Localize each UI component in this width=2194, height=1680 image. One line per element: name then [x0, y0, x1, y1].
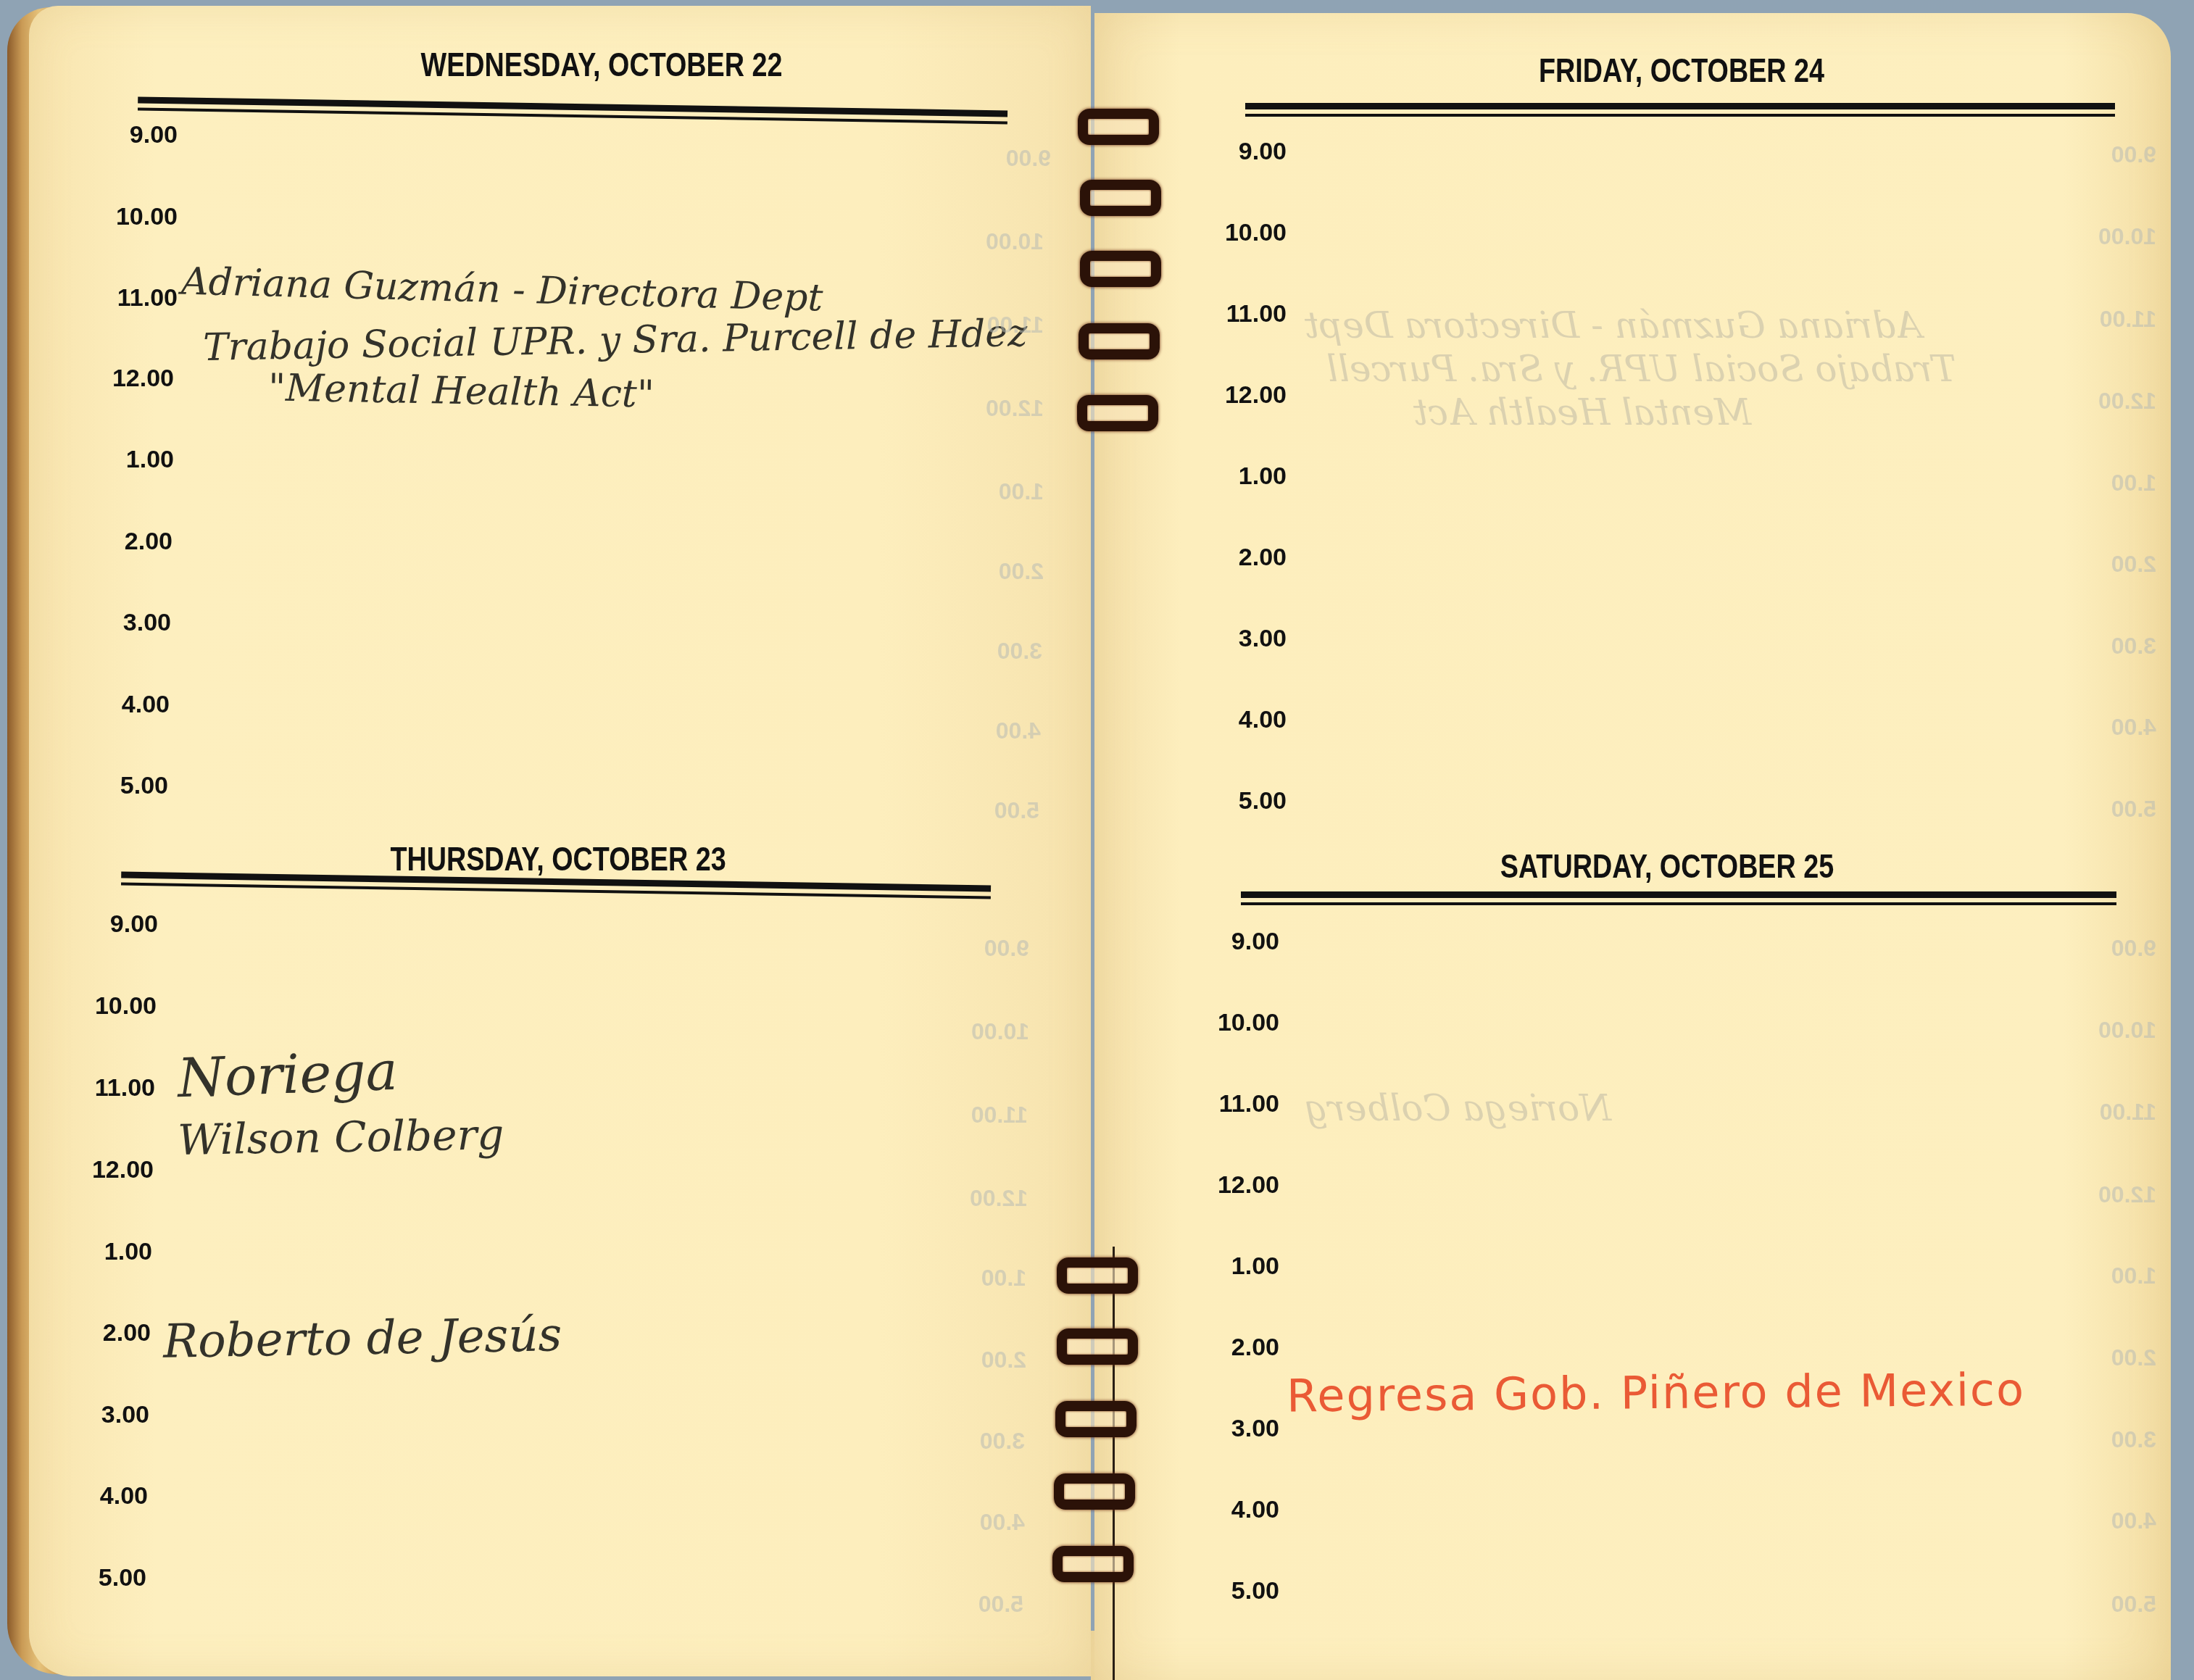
day-header-wednesday: WEDNESDAY, OCTOBER 22 — [304, 45, 899, 84]
spiral-coil — [1057, 1257, 1138, 1294]
time-label: 1.00 — [1178, 462, 1287, 491]
time-label: 2.00 — [42, 1319, 151, 1347]
time-label: 12.00 — [1178, 381, 1287, 409]
bleed-through-time: 12.00 — [2069, 388, 2156, 415]
time-label: 5.00 — [1178, 787, 1287, 815]
bleed-through-time: 9.00 — [942, 935, 1029, 962]
time-label: 3.00 — [41, 1401, 149, 1429]
time-label: 9.00 — [1171, 928, 1279, 956]
handwritten-entry: Wilson Colberg — [177, 1110, 504, 1165]
bleed-through-time: 3.00 — [938, 1428, 1025, 1455]
bleed-through-time: 11.00 — [957, 312, 1044, 338]
time-label: 1.00 — [65, 446, 174, 474]
spiral-coil — [1079, 323, 1160, 359]
bleed-through-time: 5.00 — [952, 797, 1039, 824]
spiral-coil — [1077, 395, 1158, 431]
bleed-through-handwriting: Trabajo Social UPR. y Sra. Purcell — [1326, 348, 1956, 390]
time-label: 11.00 — [1178, 300, 1287, 328]
bleed-through-time: 10.00 — [942, 1018, 1029, 1045]
time-label: 11.00 — [1171, 1090, 1279, 1118]
time-label: 12.00 — [1171, 1171, 1279, 1199]
time-label: 12.00 — [45, 1156, 154, 1184]
spiral-coil — [1080, 251, 1161, 287]
bleed-through-time: 9.00 — [964, 145, 1051, 172]
bleed-through-time: 2.00 — [957, 558, 1044, 585]
header-rule — [1245, 103, 2115, 122]
bleed-through-time: 11.00 — [941, 1102, 1028, 1128]
handwritten-entry: "Mental Health Act" — [268, 366, 655, 416]
time-label: 5.00 — [1171, 1577, 1279, 1605]
time-label: 9.00 — [49, 910, 158, 939]
time-label: 10.00 — [48, 992, 157, 1020]
day-header-saturday: SATURDAY, OCTOBER 25 — [1370, 847, 1964, 886]
bleed-through-time: 4.00 — [2069, 714, 2156, 741]
spiral-coil — [1052, 1546, 1134, 1582]
bleed-through-time: 1.00 — [2069, 470, 2156, 496]
bleed-through-handwriting: Adriana Guzmán - Directora Dept — [1305, 304, 1921, 346]
time-label: 10.00 — [69, 203, 178, 231]
gutter-edge — [1113, 1247, 1115, 1680]
day-header-friday: FRIDAY, OCTOBER 24 — [1384, 51, 1979, 90]
bleed-through-time: 1.00 — [957, 478, 1044, 505]
bleed-through-time: 3.00 — [2069, 633, 2156, 660]
time-label: 3.00 — [1178, 625, 1287, 653]
spiral-coil — [1057, 1328, 1138, 1365]
bleed-through-time: 3.00 — [2069, 1426, 2156, 1453]
time-label: 1.00 — [43, 1238, 152, 1266]
time-label: 2.00 — [64, 528, 173, 556]
bleed-through-handwriting: Noriega Colberg — [1305, 1087, 1611, 1129]
time-label: 11.00 — [46, 1074, 155, 1102]
bleed-through-time: 10.00 — [2069, 1017, 2156, 1044]
bleed-through-time: 5.00 — [2069, 796, 2156, 823]
time-label: 9.00 — [69, 121, 178, 149]
bleed-through-time: 2.00 — [939, 1347, 1026, 1373]
spiral-coil — [1055, 1401, 1137, 1437]
bleed-through-time: 9.00 — [2069, 141, 2156, 168]
day-header-thursday: THURSDAY, OCTOBER 23 — [261, 839, 855, 878]
bleed-through-time: 10.00 — [957, 228, 1044, 255]
header-rule — [1241, 891, 2116, 910]
bleed-through-time: 4.00 — [954, 718, 1041, 744]
time-label: 1.00 — [1171, 1252, 1279, 1281]
time-label: 3.00 — [62, 609, 171, 637]
bleed-through-handwriting: Mental Health Act — [1413, 391, 1751, 433]
bleed-through-time: 2.00 — [2069, 551, 2156, 578]
time-label: 11.00 — [69, 284, 178, 312]
bleed-through-time: 12.00 — [941, 1185, 1028, 1212]
time-label: 9.00 — [1178, 138, 1287, 166]
time-label: 5.00 — [59, 772, 168, 800]
bleed-through-time: 4.00 — [2069, 1508, 2156, 1534]
spiral-coil — [1078, 109, 1159, 145]
time-label: 10.00 — [1178, 219, 1287, 247]
bleed-through-time: 12.00 — [957, 395, 1044, 422]
time-label: 2.00 — [1178, 544, 1287, 572]
bleed-through-time: 10.00 — [2069, 223, 2156, 250]
bleed-through-time: 1.00 — [939, 1265, 1026, 1292]
time-label: 4.00 — [1178, 706, 1287, 734]
spiral-coil — [1080, 180, 1161, 216]
bleed-through-time: 12.00 — [2069, 1181, 2156, 1208]
time-label: 4.00 — [39, 1482, 148, 1510]
bleed-through-time: 5.00 — [936, 1591, 1023, 1618]
bleed-through-time: 4.00 — [938, 1509, 1025, 1536]
spiral-coil — [1054, 1473, 1135, 1510]
bleed-through-time: 5.00 — [2069, 1591, 2156, 1618]
bleed-through-time: 2.00 — [2069, 1344, 2156, 1371]
bleed-through-time: 3.00 — [955, 638, 1042, 665]
bleed-through-time: 9.00 — [2069, 935, 2156, 962]
handwritten-entry: Noriega — [177, 1040, 399, 1110]
time-label: 5.00 — [38, 1564, 146, 1592]
bleed-through-time: 11.00 — [2069, 1099, 2156, 1126]
time-label: 2.00 — [1171, 1334, 1279, 1362]
time-label: 4.00 — [61, 691, 170, 719]
time-label: 10.00 — [1171, 1009, 1279, 1037]
bleed-through-time: 11.00 — [2069, 306, 2156, 333]
time-label: 12.00 — [65, 365, 174, 393]
time-label: 4.00 — [1171, 1496, 1279, 1524]
handwritten-entry-red: Regresa Gob. Piñero de Mexico — [1287, 1363, 2026, 1423]
bleed-through-time: 1.00 — [2069, 1263, 2156, 1289]
open-planner-book: WEDNESDAY, OCTOBER 22 9.00 10.00 11.00 1… — [0, 0, 2194, 1680]
handwritten-entry: Roberto de Jesús — [162, 1308, 562, 1369]
time-label: 3.00 — [1171, 1415, 1279, 1443]
